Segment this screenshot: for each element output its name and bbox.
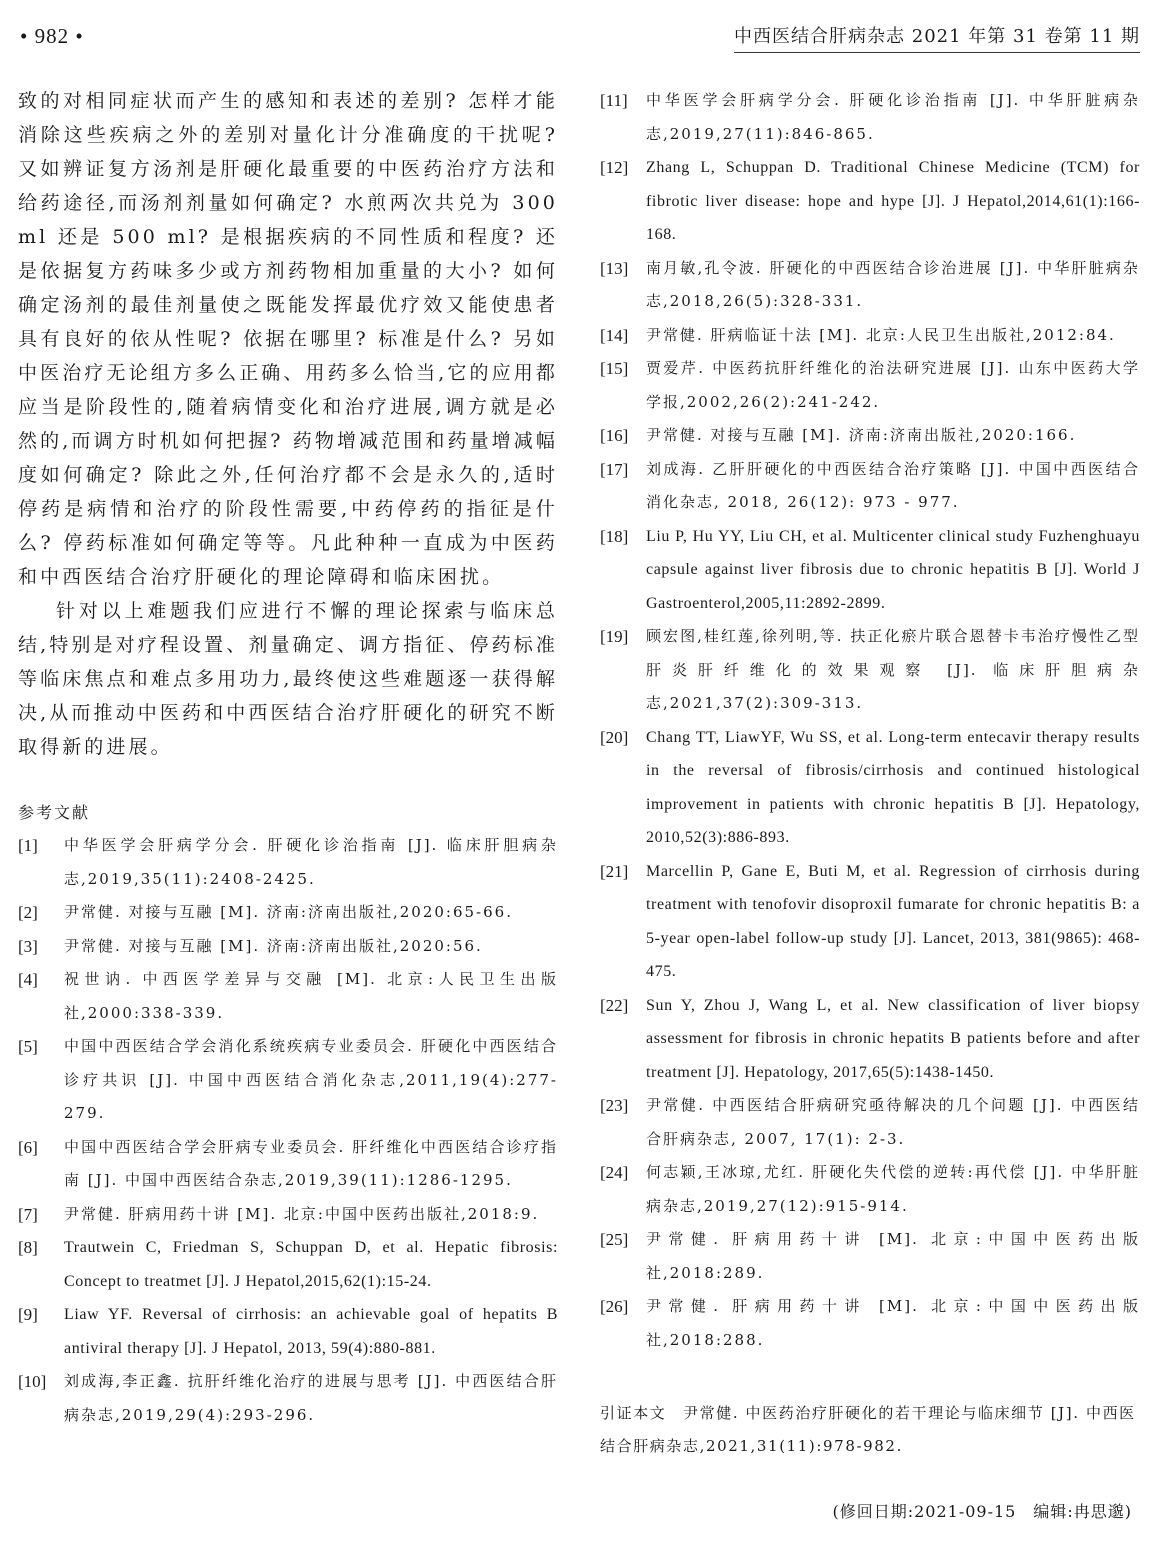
reference-item: [2]尹常健. 对接与互融 [M]. 济南:济南出版社,2020:65-66. bbox=[18, 896, 558, 930]
reference-number: [25] bbox=[600, 1223, 646, 1290]
reference-item: [24]何志颖,王冰琼,尤红. 肝硬化失代偿的逆转:再代偿 [J]. 中华肝脏病… bbox=[600, 1156, 1140, 1223]
reference-text: 南月敏,孔令波. 肝硬化的中西医结合诊治进展 [J]. 中华肝脏病杂志,2018… bbox=[646, 252, 1140, 319]
reference-item: [20]Chang TT, LiawYF, Wu SS, et al. Long… bbox=[600, 721, 1140, 855]
reference-item: [11]中华医学会肝病学分会. 肝硬化诊治指南 [J]. 中华肝脏病杂志,201… bbox=[600, 84, 1140, 151]
reference-number: [5] bbox=[18, 1030, 64, 1131]
reference-list-left: [1]中华医学会肝病学分会. 肝硬化诊治指南 [J]. 临床肝胆病杂志,2019… bbox=[18, 829, 558, 1432]
reference-text: 尹常健. 肝病用药十讲 [M]. 北京:中国中医药出版社,2018:9. bbox=[64, 1198, 558, 1232]
reference-number: [15] bbox=[600, 352, 646, 419]
reference-text: 尹常健. 肝病用药十讲 [M]. 北京:中国中医药出版社,2018:288. bbox=[646, 1290, 1140, 1357]
reference-text: 祝世讷. 中西医学差异与交融 [M]. 北京:人民卫生出版社,2000:338-… bbox=[64, 963, 558, 1030]
reference-text: 何志颖,王冰琼,尤红. 肝硬化失代偿的逆转:再代偿 [J]. 中华肝脏病杂志,2… bbox=[646, 1156, 1140, 1223]
reference-number: [26] bbox=[600, 1290, 646, 1357]
reference-item: [16]尹常健. 对接与互融 [M]. 济南:济南出版社,2020:166. bbox=[600, 419, 1140, 453]
reference-number: [23] bbox=[600, 1089, 646, 1156]
reference-text: Sun Y, Zhou J, Wang L, et al. New classi… bbox=[646, 989, 1140, 1090]
body-paragraph: 针对以上难题我们应进行不懈的理论探索与临床总结,特别是对疗程设置、剂量确定、调方… bbox=[18, 594, 558, 764]
reference-number: [10] bbox=[18, 1365, 64, 1432]
citation-text: 尹常健. 中医药治疗肝硬化的若干理论与临床细节 [J]. 中西医结合肝病杂志,2… bbox=[600, 1404, 1136, 1455]
reference-number: [7] bbox=[18, 1198, 64, 1232]
reference-item: [17]刘成海. 乙肝肝硬化的中西医结合治疗策略 [J]. 中国中西医结合消化杂… bbox=[600, 453, 1140, 520]
reference-number: [18] bbox=[600, 520, 646, 621]
reference-number: [2] bbox=[18, 896, 64, 930]
reference-item: [23]尹常健. 中西医结合肝病研究亟待解决的几个问题 [J]. 中西医结合肝病… bbox=[600, 1089, 1140, 1156]
reference-text: Zhang L, Schuppan D. Traditional Chinese… bbox=[646, 151, 1140, 252]
reference-item: [25]尹常健. 肝病用药十讲 [M]. 北京:中国中医药出版社,2018:28… bbox=[600, 1223, 1140, 1290]
reference-item: [26]尹常健. 肝病用药十讲 [M]. 北京:中国中医药出版社,2018:28… bbox=[600, 1290, 1140, 1357]
reference-text: Marcellin P, Gane E, Buti M, et al. Regr… bbox=[646, 855, 1140, 989]
reference-number: [14] bbox=[600, 319, 646, 353]
reference-item: [13]南月敏,孔令波. 肝硬化的中西医结合诊治进展 [J]. 中华肝脏病杂志,… bbox=[600, 252, 1140, 319]
reference-item: [19]顾宏图,桂红莲,徐列明,等. 扶正化瘀片联合恩替卡韦治疗慢性乙型肝炎肝纤… bbox=[600, 620, 1140, 721]
reference-item: [18]Liu P, Hu YY, Liu CH, et al. Multice… bbox=[600, 520, 1140, 621]
reference-item: [5]中国中西医结合学会消化系统疾病专业委员会. 肝硬化中西医结合诊疗共识 [J… bbox=[18, 1030, 558, 1131]
citation-label: 引证本文 bbox=[600, 1404, 666, 1422]
reference-number: [20] bbox=[600, 721, 646, 855]
references-heading: 参考文献 bbox=[18, 800, 558, 823]
reference-text: Trautwein C, Friedman S, Schuppan D, et … bbox=[64, 1231, 558, 1298]
reference-text: Liaw YF. Reversal of cirrhosis: an achie… bbox=[64, 1298, 558, 1365]
reference-item: [14]尹常健. 肝病临证十法 [M]. 北京:人民卫生出版社,2012:84. bbox=[600, 319, 1140, 353]
reference-text: 中国中西医结合学会肝病专业委员会. 肝纤维化中西医结合诊疗指南 [J]. 中国中… bbox=[64, 1131, 558, 1198]
reference-text: 中华医学会肝病学分会. 肝硬化诊治指南 [J]. 临床肝胆病杂志,2019,35… bbox=[64, 829, 558, 896]
reference-text: 顾宏图,桂红莲,徐列明,等. 扶正化瘀片联合恩替卡韦治疗慢性乙型肝炎肝纤维化的效… bbox=[646, 620, 1140, 721]
reference-number: [17] bbox=[600, 453, 646, 520]
reference-number: [1] bbox=[18, 829, 64, 896]
reference-number: [9] bbox=[18, 1298, 64, 1365]
reference-number: [3] bbox=[18, 930, 64, 964]
reference-number: [8] bbox=[18, 1231, 64, 1298]
reference-number: [22] bbox=[600, 989, 646, 1090]
citation-block: 引证本文 尹常健. 中医药治疗肝硬化的若干理论与临床细节 [J]. 中西医结合肝… bbox=[600, 1397, 1140, 1463]
reference-text: 中国中西医结合学会消化系统疾病专业委员会. 肝硬化中西医结合诊疗共识 [J]. … bbox=[64, 1030, 558, 1131]
reference-item: [9]Liaw YF. Reversal of cirrhosis: an ac… bbox=[18, 1298, 558, 1365]
reference-number: [19] bbox=[600, 620, 646, 721]
reference-text: Chang TT, LiawYF, Wu SS, et al. Long-ter… bbox=[646, 721, 1140, 855]
reference-number: [12] bbox=[600, 151, 646, 252]
reference-item: [22]Sun Y, Zhou J, Wang L, et al. New cl… bbox=[600, 989, 1140, 1090]
reference-item: [21]Marcellin P, Gane E, Buti M, et al. … bbox=[600, 855, 1140, 989]
reference-item: [6]中国中西医结合学会肝病专业委员会. 肝纤维化中西医结合诊疗指南 [J]. … bbox=[18, 1131, 558, 1198]
reference-text: 尹常健. 中西医结合肝病研究亟待解决的几个问题 [J]. 中西医结合肝病杂志, … bbox=[646, 1089, 1140, 1156]
reference-text: Liu P, Hu YY, Liu CH, et al. Multicenter… bbox=[646, 520, 1140, 621]
left-column: 致的对相同症状而产生的感知和表述的差别? 怎样才能消除这些疾病之外的差别对量化计… bbox=[18, 84, 558, 1432]
reference-text: 尹常健. 肝病用药十讲 [M]. 北京:中国中医药出版社,2018:289. bbox=[646, 1223, 1140, 1290]
reference-text: 刘成海,李正鑫. 抗肝纤维化治疗的进展与思考 [J]. 中西医结合肝病杂志,20… bbox=[64, 1365, 558, 1432]
reference-item: [7]尹常健. 肝病用药十讲 [M]. 北京:中国中医药出版社,2018:9. bbox=[18, 1198, 558, 1232]
reference-item: [4]祝世讷. 中西医学差异与交融 [M]. 北京:人民卫生出版社,2000:3… bbox=[18, 963, 558, 1030]
reference-item: [8]Trautwein C, Friedman S, Schuppan D, … bbox=[18, 1231, 558, 1298]
reference-text: 尹常健. 对接与互融 [M]. 济南:济南出版社,2020:65-66. bbox=[64, 896, 558, 930]
reference-number: [11] bbox=[600, 84, 646, 151]
reference-number: [13] bbox=[600, 252, 646, 319]
reference-text: 中华医学会肝病学分会. 肝硬化诊治指南 [J]. 中华肝脏病杂志,2019,27… bbox=[646, 84, 1140, 151]
reference-text: 刘成海. 乙肝肝硬化的中西医结合治疗策略 [J]. 中国中西医结合消化杂志, 2… bbox=[646, 453, 1140, 520]
reference-number: [4] bbox=[18, 963, 64, 1030]
reference-number: [21] bbox=[600, 855, 646, 989]
revision-date-editor: (修回日期:2021-09-15 编辑:冉思邈) bbox=[600, 1499, 1140, 1522]
reference-number: [6] bbox=[18, 1131, 64, 1198]
reference-item: [3]尹常健. 对接与互融 [M]. 济南:济南出版社,2020:56. bbox=[18, 930, 558, 964]
right-column: [11]中华医学会肝病学分会. 肝硬化诊治指南 [J]. 中华肝脏病杂志,201… bbox=[600, 84, 1140, 1522]
page-number: • 982 • bbox=[20, 24, 84, 49]
reference-text: 贾爱芹. 中医药抗肝纤维化的治法研究进展 [J]. 山东中医药大学学报,2002… bbox=[646, 352, 1140, 419]
running-head: 中西医结合肝病杂志 2021 年第 31 卷第 11 期 bbox=[734, 22, 1140, 53]
reference-number: [24] bbox=[600, 1156, 646, 1223]
reference-text: 尹常健. 对接与互融 [M]. 济南:济南出版社,2020:56. bbox=[64, 930, 558, 964]
reference-item: [10]刘成海,李正鑫. 抗肝纤维化治疗的进展与思考 [J]. 中西医结合肝病杂… bbox=[18, 1365, 558, 1432]
reference-number: [16] bbox=[600, 419, 646, 453]
body-paragraph: 致的对相同症状而产生的感知和表述的差别? 怎样才能消除这些疾病之外的差别对量化计… bbox=[18, 84, 558, 594]
reference-list-right: [11]中华医学会肝病学分会. 肝硬化诊治指南 [J]. 中华肝脏病杂志,201… bbox=[600, 84, 1140, 1357]
reference-text: 尹常健. 肝病临证十法 [M]. 北京:人民卫生出版社,2012:84. bbox=[646, 319, 1140, 353]
reference-item: [15]贾爱芹. 中医药抗肝纤维化的治法研究进展 [J]. 山东中医药大学学报,… bbox=[600, 352, 1140, 419]
reference-item: [1]中华医学会肝病学分会. 肝硬化诊治指南 [J]. 临床肝胆病杂志,2019… bbox=[18, 829, 558, 896]
reference-item: [12]Zhang L, Schuppan D. Traditional Chi… bbox=[600, 151, 1140, 252]
reference-text: 尹常健. 对接与互融 [M]. 济南:济南出版社,2020:166. bbox=[646, 419, 1140, 453]
